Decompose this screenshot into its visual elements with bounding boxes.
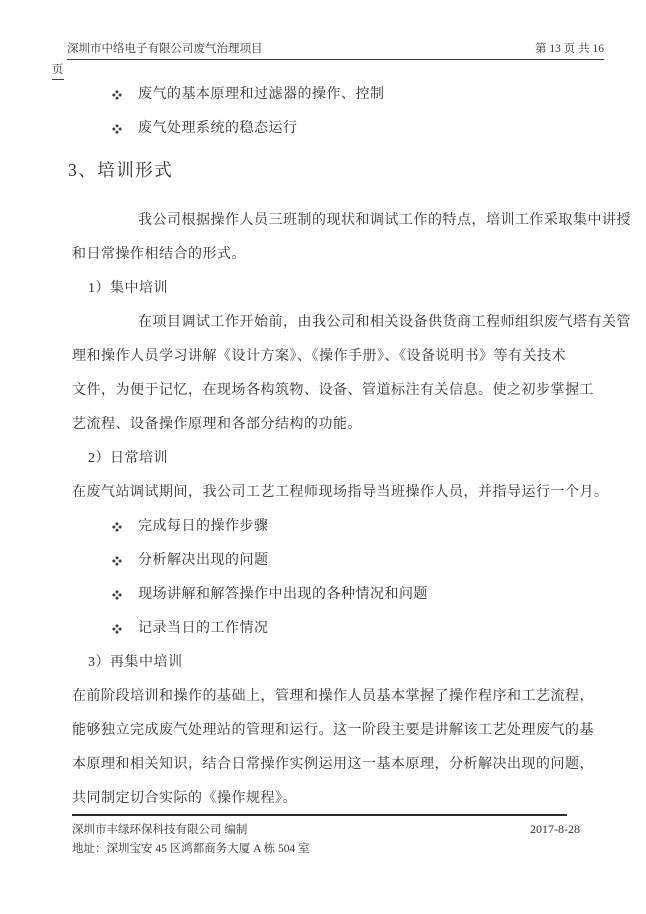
header-page-number: 第 13 页 共 16 — [535, 40, 604, 56]
paragraph-line: 和日常操作相结合的形式。 — [72, 238, 606, 272]
paragraph-line: 在前阶段培训和操作的基础上，管理和操作人员基本掌握了操作程序和工艺流程， — [72, 680, 606, 714]
diamond-bullet-icon — [112, 90, 138, 100]
diamond-bullet-icon — [112, 522, 138, 532]
bullet-item: 记录当日的工作情况 — [72, 612, 606, 646]
bullet-item: 完成每日的操作步骤 — [72, 510, 606, 544]
bullet-text: 废气的基本原理和过滤器的操作、控制 — [138, 78, 385, 112]
page-header: 深圳市中络电子有限公司废气治理项目 第 13 页 共 16 页 — [52, 40, 604, 80]
bullet-text: 废气处理系统的稳态运行 — [138, 112, 298, 146]
bullet-item: 废气处理系统的稳态运行 — [72, 112, 606, 146]
header-page-number-wrap: 页 — [52, 61, 64, 80]
diamond-bullet-icon — [112, 590, 138, 600]
list-label: 3）再集中培训 — [72, 646, 606, 680]
paragraph-line: 共同制定切合实际的《操作规程》。 — [72, 782, 606, 816]
footer-divider — [72, 814, 567, 816]
footer-company: 深圳市丰绿环保科技有限公司 编制 — [72, 823, 247, 838]
bullet-text: 现场讲解和解答操作中出现的各种情况和问题 — [138, 578, 428, 612]
bullet-text: 分析解决出现的问题 — [138, 544, 269, 578]
list-label: 2）日常培训 — [72, 442, 606, 476]
bullet-text: 完成每日的操作步骤 — [138, 510, 269, 544]
page-footer: 深圳市丰绿环保科技有限公司 编制 2017-8-28 地址：深圳宝安 45 区鸿… — [72, 814, 580, 857]
paragraph-line: 在废气站调试期间，我公司工艺工程师现场指导当班操作人员，并指导运行一个月。 — [72, 476, 606, 510]
paragraph-line: 在项目调试工作开始前，由我公司和相关设备供货商工程师组织废气塔有关管 — [72, 306, 606, 340]
bullet-item: 分析解决出现的问题 — [72, 544, 606, 578]
bullet-item: 废气的基本原理和过滤器的操作、控制 — [72, 78, 606, 112]
footer-address: 地址：深圳宝安 45 区鸿都商务大厦 A 栋 504 室 — [72, 842, 580, 857]
paragraph-line: 理和操作人员学习讲解《设计方案》、《操作手册》、《设备说明书》等有关技术 — [72, 340, 606, 374]
paragraph-line: 能够独立完成废气处理站的管理和运行。这一阶段主要是讲解该工艺处理废气的基 — [72, 714, 606, 748]
paragraph-line: 艺流程、设备操作原理和各部分结构的功能。 — [72, 408, 606, 442]
section-heading: 3、培训形式 — [68, 146, 606, 204]
diamond-bullet-icon — [112, 624, 138, 634]
bullet-item: 现场讲解和解答操作中出现的各种情况和问题 — [72, 578, 606, 612]
document-body: 废气的基本原理和过滤器的操作、控制废气处理系统的稳态运行3、培训形式我公司根据操… — [72, 78, 606, 816]
paragraph-line: 文件，为便于记忆，在现场各构筑物、设备、管道标注有关信息。使之初步掌握工 — [72, 374, 606, 408]
header-title: 深圳市中络电子有限公司废气治理项目 — [67, 40, 263, 56]
list-label: 1）集中培训 — [72, 272, 606, 306]
paragraph-line: 我公司根据操作人员三班制的现状和调试工作的特点，培训工作采取集中讲授 — [72, 204, 606, 238]
diamond-bullet-icon — [112, 124, 138, 134]
footer-line: 深圳市丰绿环保科技有限公司 编制 2017-8-28 — [72, 822, 580, 838]
footer-date: 2017-8-28 — [530, 822, 580, 837]
diamond-bullet-icon — [112, 556, 138, 566]
paragraph-line: 本原理和相关知识，结合日常操作实例运用这一基本原理，分析解决出现的问题， — [72, 748, 606, 782]
document-page: 深圳市中络电子有限公司废气治理项目 第 13 页 共 16 页 废气的基本原理和… — [0, 0, 646, 914]
header-line: 深圳市中络电子有限公司废气治理项目 第 13 页 共 16 — [67, 40, 604, 60]
bullet-text: 记录当日的工作情况 — [138, 612, 269, 646]
